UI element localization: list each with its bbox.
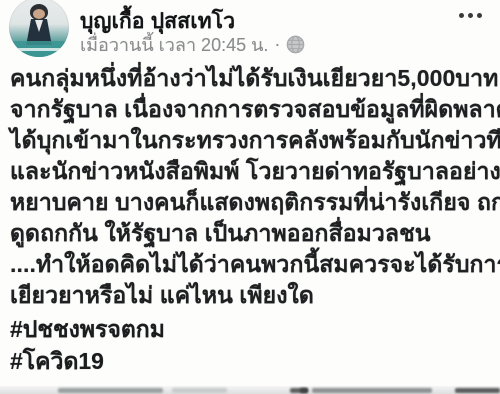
facebook-post: บุญเกื้อ ปุสสเทโว เมื่อวานนี้ เวลา 20:45… (0, 0, 500, 394)
dot (459, 13, 464, 18)
cropped-segment (172, 388, 227, 393)
avatar-caption-text (17, 48, 61, 51)
post-text-line: และนักข่าวหนังสือพิมพ์ โวยวายด่าทอรัฐบาล… (10, 156, 494, 187)
hashtag-link[interactable]: #ปชชงพรจตกม (10, 313, 165, 345)
avatar[interactable] (9, 0, 69, 57)
post-timestamp: เมื่อวานนี้ เวลา 20:45 น. (80, 30, 268, 59)
post-options-button[interactable] (450, 2, 490, 28)
cropped-segment (58, 388, 163, 393)
meta-separator: · (274, 34, 280, 55)
post-text-line: หยาบคาย บางคนก็แสดงพฤติกรรมที่น่ารังเกีย… (10, 187, 494, 218)
post-text-line: ....ทำให้อดคิดไม่ได้ว่าคนพวกนี้สมควรจะได… (10, 249, 494, 280)
post-header: บุญเกื้อ ปุสสเทโว เมื่อวานนี้ เวลา 20:45… (0, 0, 500, 62)
cropped-segment (455, 388, 500, 393)
post-text-line: คนกลุ่มหนึ่งที่อ้างว่าไม่ได้รับเงินเยียว… (10, 63, 494, 94)
post-text: คนกลุ่มหนึ่งที่อ้างว่าไม่ได้รับเงินเยียว… (10, 63, 494, 311)
globe-icon (286, 35, 305, 54)
post-text-line: จากรัฐบาล เนื่องจากการตรวจสอบข้อมูลที่ผิ… (10, 94, 494, 125)
post-text-line: ดูดถกกัน ให้รัฐบาล เป็นภาพออกสื่อมวลชน (10, 218, 494, 249)
post-text-line: เยียวยาหรือไม่ แค่ไหน เพียงใด (10, 280, 494, 311)
dot (468, 13, 473, 18)
cropped-segment (312, 388, 432, 393)
dot (477, 13, 482, 18)
avatar-caption-band (9, 41, 69, 57)
cropped-segment (300, 388, 308, 393)
hashtag-link[interactable]: #โควิด19 (10, 345, 165, 377)
cropped-content-strip (0, 386, 500, 394)
post-hashtags: #ปชชงพรจตกม #โควิด19 (10, 313, 165, 377)
avatar-face (33, 9, 45, 19)
post-meta: เมื่อวานนี้ เวลา 20:45 น. · (80, 33, 305, 55)
post-text-line: ได้บุกเข้ามาในกระทรวงการคลังพร้อมกับนักข… (10, 125, 494, 156)
